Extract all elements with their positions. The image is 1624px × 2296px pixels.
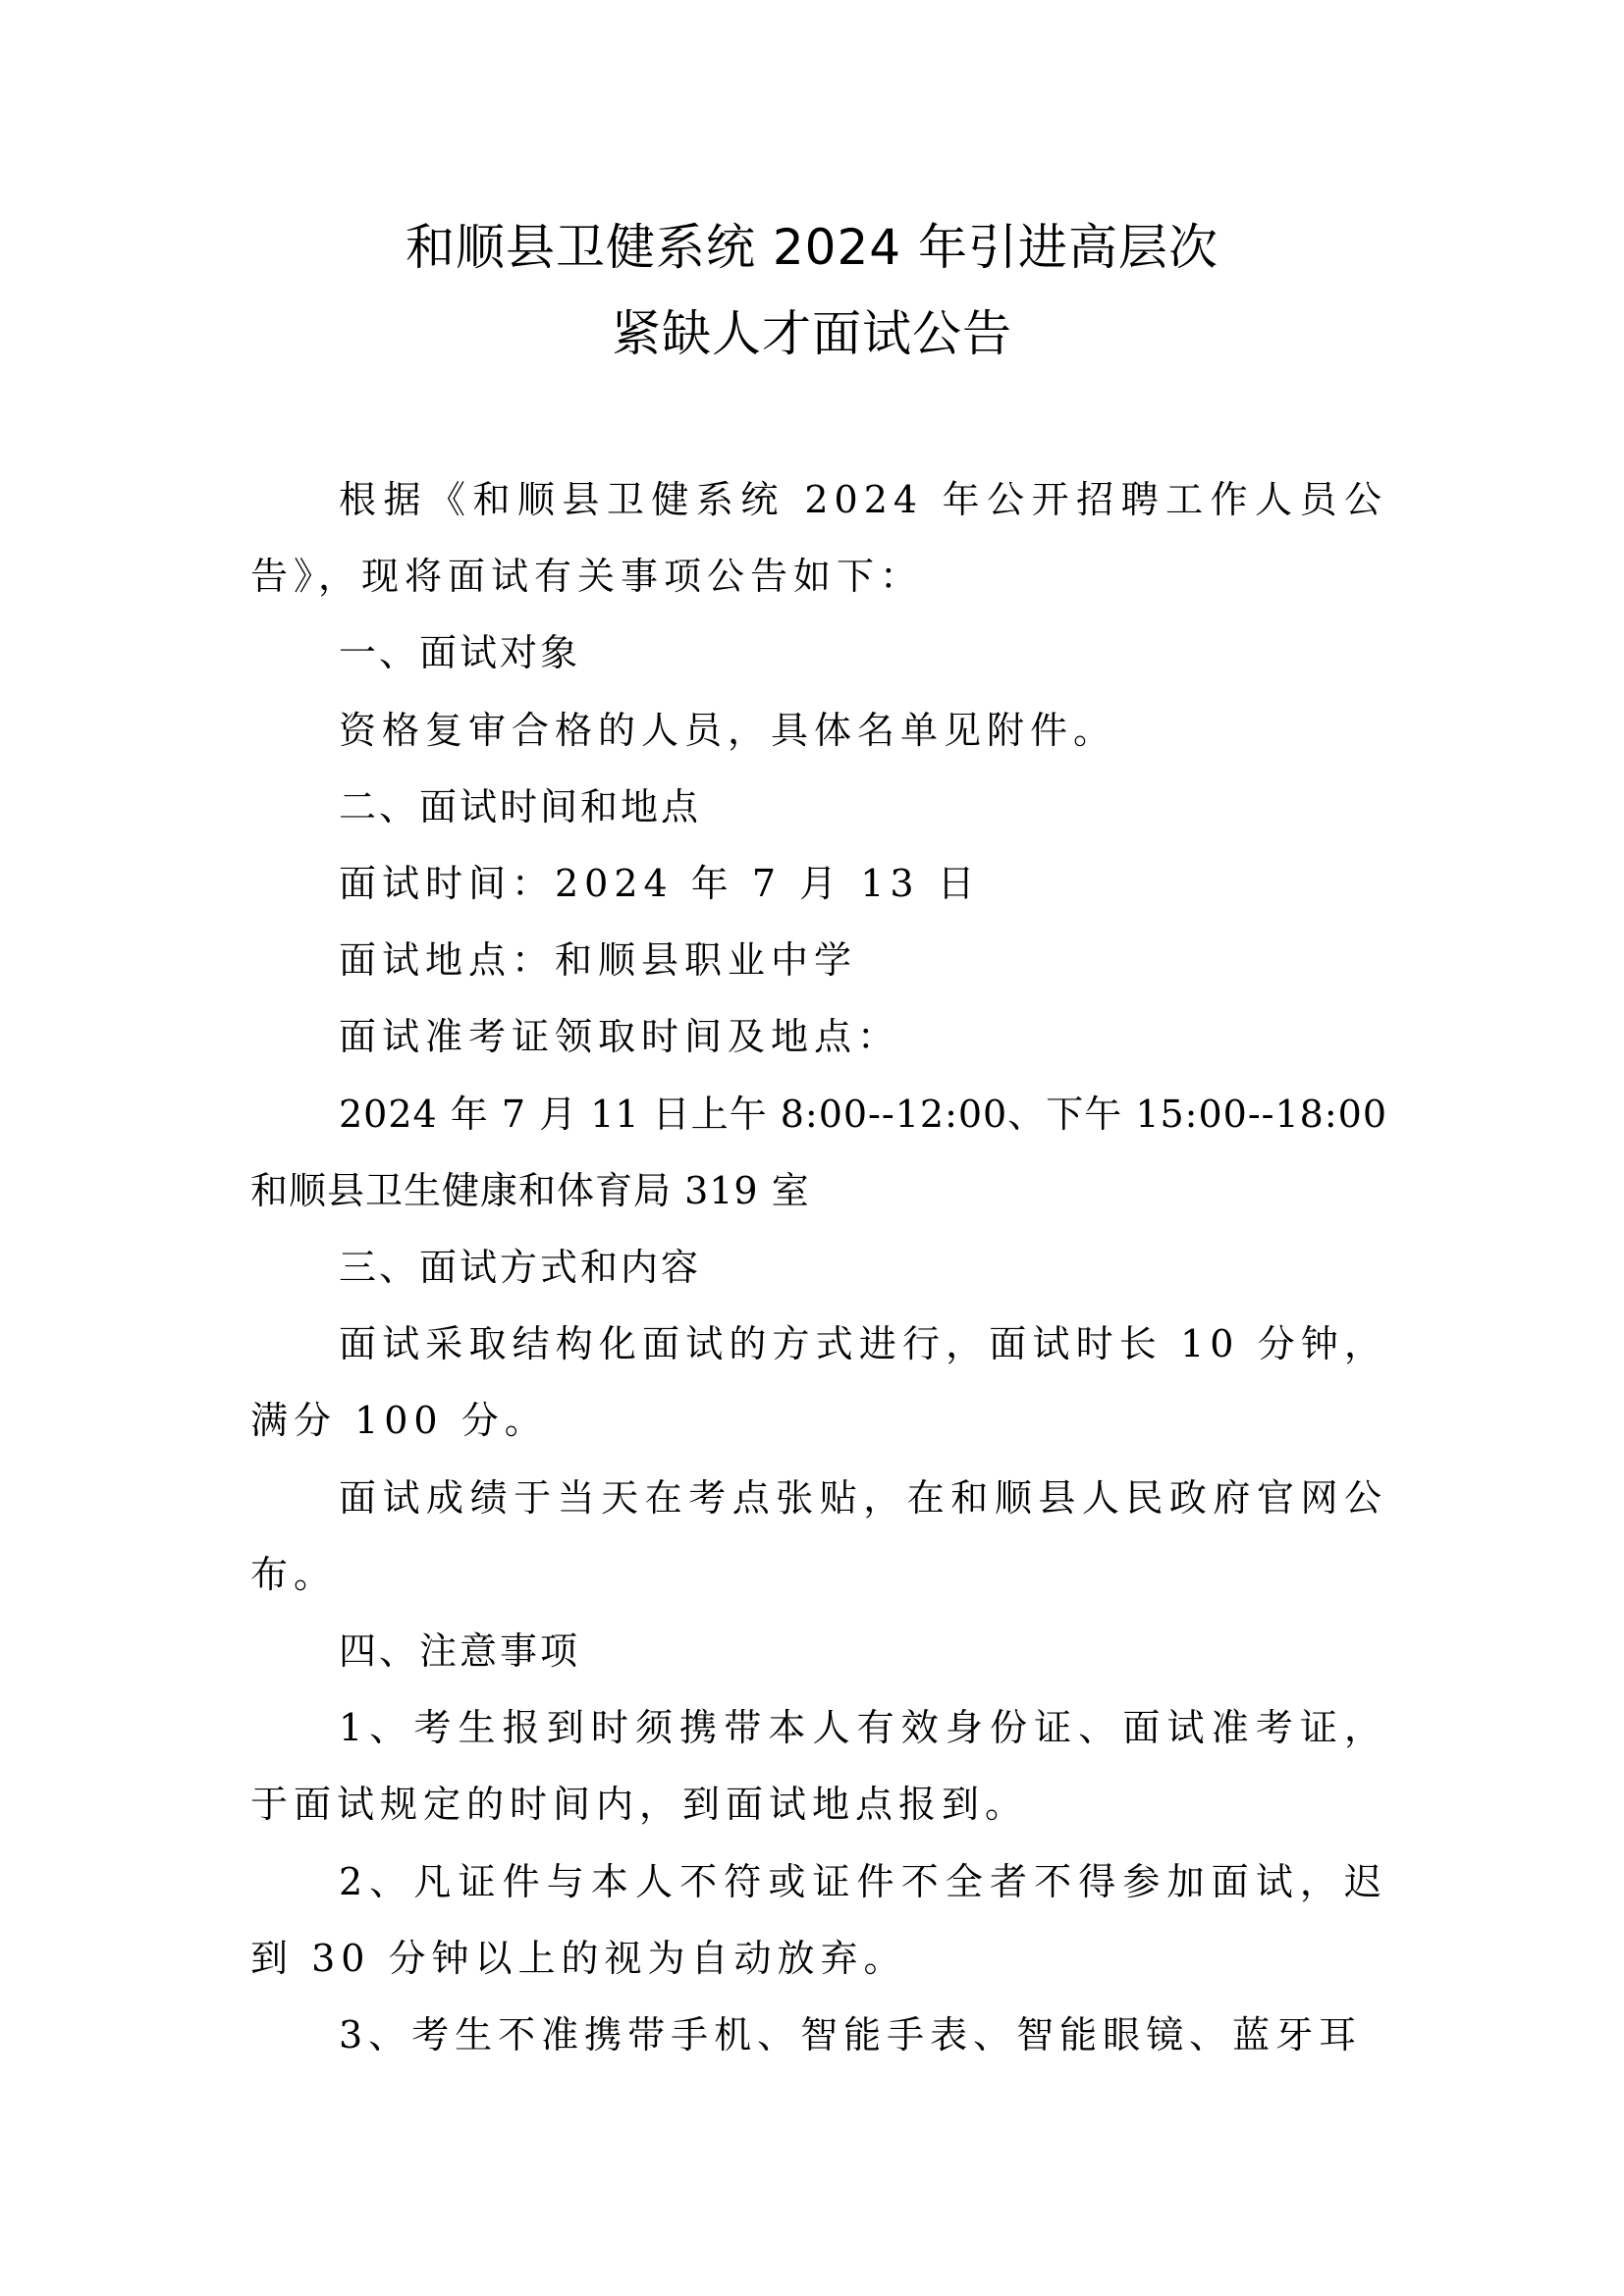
interview-time: 面试时间：2024 年 7 月 13 日: [250, 845, 1387, 922]
intro-paragraph: 根据《和顺县卫健系统 2024 年公开招聘工作人员公告》，现将面试有关事项公告如…: [250, 461, 1387, 614]
section-heading-4: 四、注意事项: [250, 1613, 1387, 1689]
notice-item-2: 2、凡证件与本人不符或证件不全者不得参加面试，迟到 30 分钟以上的视为自动放弃…: [250, 1843, 1387, 1997]
document-page: 和顺县卫健系统 2024 年引进高层次 紧缺人才面试公告 根据《和顺县卫健系统 …: [0, 0, 1624, 2296]
title-line-2: 紧缺人才面试公告: [0, 291, 1624, 377]
section-heading-1: 一、面试对象: [250, 614, 1387, 691]
interview-format: 面试采取结构化面试的方式进行，面试时长 10 分钟，满分 100 分。: [250, 1306, 1387, 1459]
document-title: 和顺县卫健系统 2024 年引进高层次 紧缺人才面试公告: [0, 204, 1624, 377]
admission-ticket-details: 2024 年 7 月 11 日上午 8:00--12:00、下午 15:00--…: [250, 1076, 1387, 1229]
admission-ticket-label: 面试准考证领取时间及地点：: [250, 998, 1387, 1075]
section-1-paragraph-1: 资格复审合格的人员，具体名单见附件。: [250, 692, 1387, 769]
section-heading-2: 二、面试时间和地点: [250, 769, 1387, 845]
interview-results: 面试成绩于当天在考点张贴，在和顺县人民政府官网公布。: [250, 1460, 1387, 1613]
section-heading-3: 三、面试方式和内容: [250, 1229, 1387, 1306]
notice-item-1: 1、考生报到时须携带本人有效身份证、面试准考证，于面试规定的时间内，到面试地点报…: [250, 1689, 1387, 1842]
notice-item-3: 3、考生不准携带手机、智能手表、智能眼镜、蓝牙耳: [250, 1997, 1387, 2073]
interview-location: 面试地点：和顺县职业中学: [250, 922, 1387, 998]
title-line-1: 和顺县卫健系统 2024 年引进高层次: [0, 204, 1624, 291]
document-body: 根据《和顺县卫健系统 2024 年公开招聘工作人员公告》，现将面试有关事项公告如…: [250, 461, 1387, 2073]
